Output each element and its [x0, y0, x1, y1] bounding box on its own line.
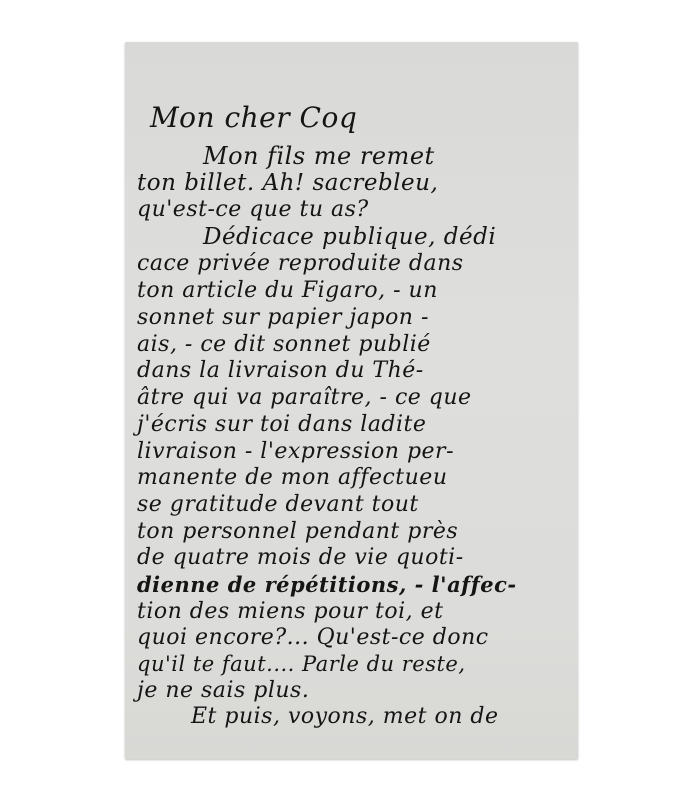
letter-line: Mon fils me remet — [203, 144, 435, 168]
letter-salutation: Mon cher Coq — [150, 104, 357, 132]
letter-line: ton article du Figaro, - un — [137, 280, 438, 302]
letter-line: manente de mon affectueu — [137, 467, 448, 489]
letter-line: ton personnel pendant près — [137, 521, 458, 543]
letter-line: ais, - ce dit sonnet publié — [137, 334, 431, 356]
letter-line: ton billet. Ah! sacrebleu, — [137, 172, 438, 195]
letter-line: dans la livraison du Thé- — [137, 360, 424, 382]
letter-line: Et puis, voyons, met on de — [191, 706, 498, 728]
letter-line: dienne de répétitions, - l'affec- — [137, 574, 517, 595]
letter-line: qu'il te faut.... Parle du reste, — [137, 654, 466, 675]
letter-page: Mon cher Coq Mon fils me remet ton bille… — [125, 42, 578, 759]
letter-line: livraison - l'expression per- — [137, 441, 454, 463]
letter-line: Dédicace publique, dédi — [203, 226, 496, 249]
letter-line: sonnet sur papier japon - — [137, 307, 429, 329]
letter-line: de quatre mois de vie quoti- — [137, 547, 464, 569]
letter-line: cace privée reproduite dans — [137, 253, 464, 275]
letter-line: je ne sais plus. — [137, 680, 309, 702]
letter-line: quoi encore?... Qu'est-ce donc — [137, 627, 489, 649]
letter-line: qu'est-ce que tu as? — [137, 199, 369, 221]
letter-line: j'écris sur toi dans ladite — [137, 414, 426, 436]
letter-line: se gratitude devant tout — [137, 494, 419, 516]
letter-line: âtre qui va paraître, - ce que — [137, 387, 472, 409]
letter-line: tion des miens pour toi, et — [137, 601, 444, 623]
